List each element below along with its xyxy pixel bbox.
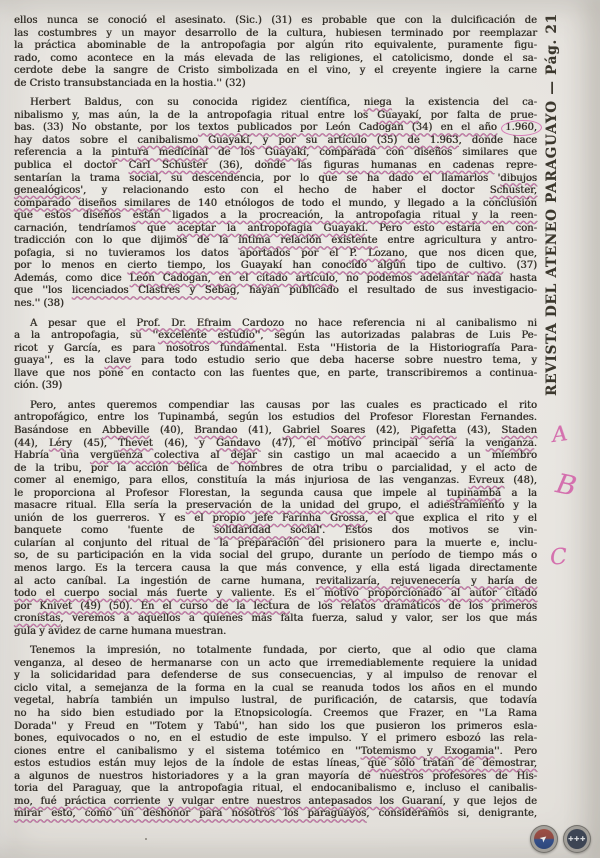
- pink-underlined-text: canibalismo Guayakí, y por su artículo (…: [137, 135, 458, 146]
- text-line: tradicción con lo que dijimos de la ínti…: [14, 235, 537, 248]
- pink-underlined-text: comparado diseños similares: [14, 198, 170, 209]
- journal-margin-title: REVISTA DEL ATENEO PARAGUAYO — Pág. 21: [544, 16, 560, 396]
- text-line: ricot y García, es para nosotros fundame…: [14, 343, 537, 356]
- text-line: estos estudios están muy lejos de la índ…: [14, 758, 537, 771]
- pink-underlined-text: P. Lozano: [349, 248, 404, 259]
- text-line: comparado diseños similares de 140 etnól…: [14, 198, 537, 211]
- text-line: nibalismo y, mas aún, la de la antropofa…: [14, 110, 537, 123]
- pink-underlined-text: cronistas: [14, 613, 60, 624]
- plain-text: a la: [501, 488, 537, 499]
- plain-text: , veremos a aquellos a quienes más falta…: [60, 613, 537, 624]
- text-line: la práctica abominable de la antropofagi…: [14, 40, 537, 53]
- page-flip-icon: ➤: [534, 829, 554, 849]
- plain-text: no hace referencia ni al canibalismo ni: [284, 318, 537, 329]
- plain-text: ellos nunca se conoció el asesinato. (Si…: [14, 15, 537, 26]
- pink-underlined-text: aceptar la antropofagia Guayakí: [177, 223, 365, 234]
- plain-text: sentarían la trama social, su descendenc…: [14, 173, 500, 184]
- plain-text: nibalismo y, mas aún, la de la antropofa…: [14, 110, 377, 121]
- text-line: Habría una vergüenza colectiva al dejar …: [14, 450, 537, 463]
- pink-underlined-text: Brandao: [194, 425, 237, 436]
- plain-text: la existencia del ca-: [392, 97, 537, 108]
- text-line: llave que nos pone en contacto con las f…: [14, 368, 537, 381]
- pink-underlined-text: Prof. Dr. Efraim Cardozo: [136, 318, 284, 329]
- plain-text: (41),: [237, 425, 282, 436]
- text-line: Además, como dice León Cadogan, en el ci…: [14, 273, 537, 286]
- text-line: genealógicos', y relacionando esto con e…: [14, 185, 537, 198]
- plain-text: , donde hace: [459, 135, 538, 146]
- pink-underlined-text: Guayakí: [377, 110, 418, 121]
- pink-underlined-text: licenciados Clastres y Sebag: [72, 285, 236, 296]
- text-line: por lo menos en cierto tiempo, los Guaya…: [14, 260, 537, 273]
- margin-annotation-a: A: [550, 421, 568, 447]
- pink-underlined-text: revitalizaría, rejuvenecería y haría de: [316, 576, 537, 587]
- plain-text: bas. (33) No obstante, por los: [14, 122, 198, 133]
- pink-underlined-text: Totemismo y Exogamia: [361, 746, 494, 757]
- pink-underlined-text: Evreux: [468, 475, 504, 486]
- pink-underlined-text: Knivet (49) (50). En el curso de la lect…: [39, 601, 289, 612]
- pink-underlined-text: motivo proporcionado al autor citado: [324, 588, 537, 599]
- plain-text: cularían al conjunto del ritual de la pr…: [14, 538, 537, 549]
- plain-text: cerdote debe la sangre de Cristo simboli…: [14, 65, 537, 76]
- plain-text: masacre ritual. Ella sería la: [14, 500, 186, 511]
- plain-text: gula y avidez de carne humana muestran.: [14, 626, 226, 637]
- text-line: ciclo vital, a semejanza de la forma en …: [14, 683, 537, 696]
- plain-text: entre agricultura y antro-: [378, 235, 538, 246]
- pink-underlined-text: clave: [104, 355, 130, 366]
- text-line: sentarían la trama social, su descendenc…: [14, 173, 537, 186]
- plain-text: de Cristo transubstanciada en la hostia.…: [14, 78, 246, 89]
- plain-text: comer al enemigo, para ellos, constituía…: [14, 475, 468, 486]
- text-line: que estos diseños están ligados a la pro…: [14, 210, 537, 223]
- plain-text: , no podemos adelantar nada hasta: [335, 273, 537, 284]
- plain-text: (48),: [504, 475, 537, 486]
- text-line: bones, equivocados o no, en el estudio d…: [14, 733, 537, 746]
- pink-underlined-text: Léry: [49, 438, 72, 449]
- document-text: ellos nunca se conoció el asesinato. (Si…: [14, 15, 537, 828]
- text-line: Dorada'' y Freud en ''Totem y Tabú'', ha…: [14, 721, 537, 734]
- text-line: Herbert Baldus, con su conocida rigidez …: [14, 97, 537, 110]
- plain-text: , consideramos si, denigrante,: [366, 808, 537, 819]
- text-line: so, de su participación en la vida socia…: [14, 550, 537, 563]
- pink-underlined-text: solidaridad social: [214, 525, 319, 536]
- plain-text: , hayan publicado el resultado de sus in…: [236, 285, 537, 296]
- pink-underlined-text: vergüenza colectiva: [90, 450, 199, 461]
- plain-text: guaya'', es la: [14, 355, 104, 366]
- plain-text: repre-: [494, 160, 537, 171]
- plain-text: referencia a la: [14, 147, 111, 158]
- text-line: todo el cuerpo social más fuerte y valie…: [14, 588, 537, 601]
- text-line: ción. (39): [14, 380, 537, 393]
- pink-underlined-text: Abbeville: [102, 425, 149, 436]
- more-options-icon: ✚✚✚: [567, 829, 587, 849]
- plain-text: sin castigo un mal acaecido a un miembro: [257, 450, 537, 461]
- plain-text: de los: [208, 147, 265, 158]
- text-line: cularían al conjunto del ritual de la pr…: [14, 538, 537, 551]
- text-line: ellos nunca se conoció el asesinato. (Si…: [14, 15, 537, 28]
- plain-text: llave que nos pone en contacto con las f…: [14, 368, 537, 379]
- plain-text: publica el doctor: [14, 160, 129, 171]
- text-line: carnación, tendríamos que aceptar la ant…: [14, 223, 537, 236]
- text-line: menos largo. Es la tercera causa la que …: [14, 563, 537, 576]
- plain-text: '. Estos dos motivos se vin-: [319, 525, 537, 536]
- plain-text: las costumbres y un mayor desarrollo de …: [14, 28, 537, 39]
- paragraph: ellos nunca se conoció el asesinato. (Si…: [14, 15, 537, 90]
- plain-text: a algunos de nuestros historiadores y a …: [14, 771, 537, 782]
- pink-underlined-text: Carl Schuster (36): [129, 160, 240, 171]
- page-flip-button[interactable]: ➤: [530, 825, 558, 853]
- text-line: que ''los licenciados Clastres y Sebag, …: [14, 285, 537, 298]
- pink-underlined-text: que sólo tratan de demostrar,: [368, 758, 537, 769]
- pink-underlined-text: Schuster,: [490, 185, 537, 196]
- plain-text: bones, equivocados o no, en el estudio d…: [14, 733, 537, 744]
- plain-text: . Es el: [272, 588, 324, 599]
- text-line: de la tribu, por la acción bélica de hom…: [14, 463, 537, 476]
- text-line: unión de los guerreros. Y es el propio j…: [14, 513, 537, 526]
- plain-text: toria del Paraguay, que la antropofagia …: [14, 783, 537, 794]
- plain-text: rado, como acontece en la más elevada de…: [14, 53, 537, 64]
- plain-text: menos largo. Es la tercera causa la que …: [14, 563, 537, 574]
- more-options-button[interactable]: ✚✚✚: [563, 825, 591, 853]
- text-line: cerdote debe la sangre de Cristo simboli…: [14, 65, 537, 78]
- plain-text: (44),: [14, 438, 49, 449]
- plain-text: , por falta de prue-: [418, 110, 537, 121]
- plain-text: [497, 122, 505, 133]
- paragraph: Herbert Baldus, con su conocida rigidez …: [14, 97, 537, 310]
- plain-text: (46), y: [153, 438, 216, 449]
- pink-underlined-text: mo, fué práctica corriente y vulgar entr…: [14, 796, 443, 807]
- plain-text: Basándose en: [14, 425, 102, 436]
- pink-underlined-text: figuras humanas en cadenas: [324, 160, 494, 171]
- plain-text: Dorada'' y Freud en ''Totem y Tabú'', ha…: [14, 721, 537, 732]
- text-line: antropofágico, entre los Tupinambá, segú…: [14, 412, 537, 425]
- plain-text: carnación, tendríamos que: [14, 223, 177, 234]
- text-line: nes.'' (38): [14, 298, 537, 311]
- pink-underlined-text: dejar: [231, 450, 257, 461]
- plain-text: . (37): [503, 260, 537, 271]
- pink-underlined-text: tupinambá: [447, 488, 501, 499]
- paragraph: A pesar que el Prof. Dr. Efraim Cardozo …: [14, 318, 537, 393]
- text-line: a algunos de nuestros historiadores y a …: [14, 771, 537, 784]
- text-line: cronistas, veremos a aquellos a quienes …: [14, 613, 537, 626]
- plain-text: antropofágico, entre los Tupinambá, segú…: [14, 412, 537, 423]
- pink-underlined-text: textos publicados por León Cadogan (34) …: [198, 122, 497, 133]
- text-line: mo, fué práctica corriente y vulgar entr…: [14, 796, 537, 809]
- plain-text: Tenemos la impresión, no totalmente fund…: [30, 645, 537, 656]
- pink-underlined-text: mirar esto, como un deshonor para nosotr…: [14, 808, 366, 819]
- pink-underlined-text: Gabriel Soares: [282, 425, 365, 436]
- paragraph: Pero, antes queremos compendiar las caus…: [14, 400, 537, 638]
- plain-text: al: [199, 450, 230, 461]
- pink-underlined-text: Pigafetta: [410, 425, 456, 436]
- plain-text: , el adiestramiento y la: [398, 500, 537, 511]
- text-line: Pero, antes queremos compendiar las caus…: [14, 400, 537, 413]
- plain-text: vegetal, habría también un impulso lustr…: [14, 695, 537, 706]
- pink-underlined-text: León Cadogan, en el citado artículo: [130, 273, 335, 284]
- text-line: no ha sido bien estudiado por la Etnopsi…: [14, 708, 537, 721]
- plain-text: (45),: [72, 438, 118, 449]
- text-line: A pesar que el Prof. Dr. Efraim Cardozo …: [14, 318, 537, 331]
- pink-underlined-text: íntima relación existente: [238, 235, 377, 246]
- text-line: ciones entre el canibalismo y el sistema…: [14, 746, 537, 759]
- text-line: referencia a la pintura medicinal de los…: [14, 147, 537, 160]
- pink-circled-text: 1.960,: [505, 122, 537, 133]
- plain-text: Herbert Baldus, con su conocida rigidez …: [30, 97, 364, 108]
- plain-text: ción. (39): [14, 380, 62, 391]
- plain-text: Habría una: [14, 450, 90, 461]
- pink-underlined-text: venganza: [486, 438, 534, 449]
- plain-text: le proporciona al Profesor Florestan, la…: [14, 488, 447, 499]
- plain-text: banquete como 'fuente de: [14, 525, 214, 536]
- pink-underlined-text: niega: [364, 97, 392, 108]
- text-line: (44), Léry (45), Thevet (46), y Gandavo …: [14, 438, 537, 451]
- plain-text: tradicción con lo que dijimos de la: [14, 235, 238, 246]
- text-line: publica el doctor Carl Schuster (36), do…: [14, 160, 537, 173]
- pink-underlined-text: propio jefe Farinha Grossa: [212, 513, 365, 524]
- pink-underlined-text: cierto tiempo, los Guayakí han conocido …: [127, 260, 503, 271]
- plain-text: , que nos dicen que,: [404, 248, 537, 259]
- plain-text: unión de los guerreros. Y es el: [14, 513, 212, 524]
- plain-text: de la tribu, por la acción bélica de hom…: [14, 463, 537, 474]
- text-line: y la solicidaridad para defenderse de su…: [14, 670, 537, 683]
- plain-text: que estos diseños: [14, 210, 133, 221]
- plain-text: A pesar que el: [30, 318, 136, 329]
- text-line: guaya'', es la clave para todo estudio s…: [14, 355, 537, 368]
- pink-underlined-text: Staden: [501, 425, 537, 436]
- plain-text: (43),: [456, 425, 501, 436]
- scanned-document-page: ellos nunca se conoció el asesinato. (Si…: [0, 0, 600, 858]
- pink-underlined-text: todo el cuerpo social más fuerte y valie…: [14, 588, 272, 599]
- plain-text: , el que explica el rito y el: [365, 513, 537, 524]
- pink-underlined-text: Thevet: [118, 438, 153, 449]
- plain-text: (42),: [365, 425, 410, 436]
- text-line: Basándose en Abbeville (40), Brandao (41…: [14, 425, 537, 438]
- paragraph: Tenemos la impresión, no totalmente fund…: [14, 645, 537, 821]
- text-line: toria del Paraguay, que la antropofagia …: [14, 783, 537, 796]
- text-line: venganza, al deseo de hermanarse con un …: [14, 658, 537, 671]
- plain-text: pofagia, si no tuvieramos los datos apor…: [14, 248, 349, 259]
- plain-text: de los relatos dramáticos de los primero…: [289, 601, 537, 612]
- text-line: al acto caníbal. La ingestión de carne h…: [14, 576, 537, 589]
- plain-text: venganza, al deseo de hermanarse con un …: [14, 658, 537, 669]
- text-line: de Cristo transubstanciada en la hostia.…: [14, 78, 537, 91]
- text-line: vegetal, habría también un impulso lustr…: [14, 695, 537, 708]
- plain-text: hay datos sobre el: [14, 135, 137, 146]
- plain-text: ciclo vital, a semejanza de la forma en …: [14, 683, 537, 694]
- text-line: las costumbres y un mayor desarrollo de …: [14, 28, 537, 41]
- margin-annotation-c: C: [549, 544, 568, 570]
- text-line: rado, como acontece en la más elevada de…: [14, 53, 537, 66]
- plain-text: por: [14, 601, 39, 612]
- plain-text: nes.'' (38): [14, 298, 64, 309]
- plain-text: so, de su participación en la vida socia…: [14, 550, 537, 561]
- pink-underlined-text: dibujos: [500, 173, 537, 184]
- text-line: banquete como 'fuente de solidaridad soc…: [14, 525, 537, 538]
- plain-text: ricot y García, es para nosotros fundame…: [14, 343, 537, 354]
- plain-text: . Pero esto estaría en con-: [365, 223, 537, 234]
- plain-text: , y que lejos de: [443, 796, 538, 807]
- plain-text: a la antropofagia, su '': [14, 330, 158, 341]
- pink-underlined-text: pintura medicinal: [111, 147, 208, 158]
- text-line: a la antropofagia, su ''excelente estudi…: [14, 330, 537, 343]
- text-line: mirar esto, como un deshonor para nosotr…: [14, 808, 537, 821]
- pink-underlined-text: genealógicos: [14, 185, 80, 196]
- text-line: por Knivet (49) (50). En el curso de la …: [14, 601, 537, 614]
- plain-text: al acto caníbal. La ingestión de carne h…: [14, 576, 316, 587]
- text-line: Tenemos la impresión, no totalmente fund…: [14, 645, 537, 658]
- pink-underlined-text: Guayakí: [265, 147, 306, 158]
- plain-text: .: [534, 438, 537, 449]
- margin-annotation-b: B: [553, 468, 579, 502]
- plain-text: por lo menos en: [14, 260, 127, 271]
- text-line: masacre ritual. Ella sería la preservaci…: [14, 500, 537, 513]
- pink-underlined-text: Gandavo: [216, 438, 260, 449]
- text-line: le proporciona al Profesor Florestan, la…: [14, 488, 537, 501]
- plain-text: , donde las: [240, 160, 324, 171]
- plain-text: para todo estudio serio que deba hacerse…: [131, 355, 537, 366]
- plain-text: estos estudios están muy lejos de la índ…: [14, 758, 368, 769]
- text-line: comer al enemigo, para ellos, constituía…: [14, 475, 537, 488]
- plain-text: , comparada con diseños similares que: [306, 147, 537, 158]
- text-line: gula y avidez de carne humana muestran.: [14, 626, 537, 639]
- plain-text: Además, como dice: [14, 273, 130, 284]
- plain-text: la práctica abominable de la antropofagi…: [14, 40, 537, 51]
- plain-text: Pero, antes queremos compendiar las caus…: [30, 400, 537, 411]
- plain-text: y la solicidaridad para defenderse de su…: [14, 670, 537, 681]
- plain-text: (40),: [149, 425, 194, 436]
- scan-speck: [145, 838, 147, 840]
- pink-underlined-text: están ligados a la procreación, la antro…: [133, 210, 537, 221]
- plain-text: que ''los: [14, 285, 72, 296]
- plain-text: ', y relacionando esto con el hecho de h…: [80, 185, 490, 196]
- text-line: pofagia, si no tuvieramos los datos apor…: [14, 248, 537, 261]
- pink-underlined-text: preservación de la unidad del grupo: [186, 500, 398, 511]
- text-line: bas. (33) No obstante, por los textos pu…: [14, 122, 537, 135]
- plain-text: (47), el motivo principal sería la: [260, 438, 485, 449]
- plain-text: de 140 etnólogos de todo el mundo, y lle…: [170, 198, 537, 209]
- text-line: hay datos sobre el canibalismo Guayakí, …: [14, 135, 537, 148]
- pink-underlined-text: excelente estudio: [158, 330, 255, 341]
- plain-text: ''. Pero: [494, 746, 537, 757]
- plain-text: '', según las autorizadas palabras de Lu…: [255, 330, 537, 341]
- plain-text: ciones entre el canibalismo y el sistema…: [14, 746, 361, 757]
- plain-text: no ha sido bien estudiado por la Etnopsi…: [14, 708, 537, 719]
